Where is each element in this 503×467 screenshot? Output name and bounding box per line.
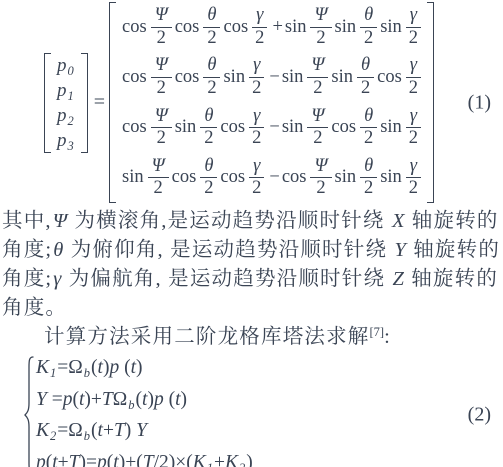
- paragraph-line: 角度。: [2, 294, 501, 323]
- fraction: γ2: [252, 6, 267, 48]
- fraction: θ2: [200, 157, 217, 199]
- fraction: γ2: [406, 107, 421, 149]
- fraction: γ2: [406, 157, 421, 199]
- trig-fraction-term: cosΨ2: [282, 157, 332, 199]
- matrix-row: cosΨ2sinθ2cosγ2−sinΨ2cosθ2sinγ2: [122, 107, 424, 149]
- operator: +: [272, 17, 282, 38]
- rotation-matrix: cosΨ2cosθ2cosγ2+sinΨ2sinθ2sinγ2cosΨ2cosθ…: [109, 2, 434, 203]
- operator: −: [269, 117, 279, 138]
- equation-2-line: Y =p(t)+TΩb(t)p (t): [36, 390, 253, 410]
- paragraph-line: 其中,Ψ 为横滚角,是运动趋势沿顺时针绕 X 轴旋转的: [2, 207, 501, 236]
- fraction: γ2: [406, 56, 421, 98]
- trig-fraction-term: cosΨ2: [122, 6, 172, 48]
- fraction: Ψ2: [310, 157, 331, 199]
- trig-fraction-term: cosθ2: [172, 157, 218, 199]
- fraction: γ2: [249, 56, 264, 98]
- trig-fraction-term: sinΨ2: [282, 107, 329, 149]
- trig-fraction-term: cosΨ2: [122, 107, 172, 149]
- matrix-row: sinΨ2cosθ2cosγ2−cosΨ2sinθ2sinγ2: [122, 157, 424, 199]
- fraction: θ2: [203, 56, 220, 98]
- trig-fraction-term: sinΨ2: [122, 157, 169, 199]
- right-bracket: [427, 2, 434, 203]
- trig-fraction-term: sinθ2: [335, 157, 378, 199]
- trig-fraction-term: cosγ2: [223, 6, 267, 48]
- trig-fraction-term: sinγ2: [380, 6, 421, 48]
- fraction: θ2: [360, 157, 377, 199]
- matrix-row: cosΨ2cosθ2sinγ2−sinΨ2sinθ2cosγ2: [122, 56, 424, 98]
- fraction: Ψ2: [151, 6, 172, 48]
- trig-fraction-term: sinγ2: [223, 56, 264, 98]
- fraction: θ2: [200, 107, 217, 149]
- equation-1: p0p1p2p3 = cosΨ2cosθ2cosγ2+sinΨ2sinθ2sin…: [0, 0, 503, 205]
- left-bracket: [44, 53, 51, 153]
- trig-fraction-term: sinγ2: [380, 107, 421, 149]
- equation-2-line: p(t+T)=p(t)+(T/2)×(K1+K2): [36, 453, 253, 467]
- trig-fraction-term: sinθ2: [331, 56, 374, 98]
- fraction: γ2: [249, 107, 264, 149]
- matrix-row: cosΨ2cosθ2cosγ2+sinΨ2sinθ2sinγ2: [122, 6, 424, 48]
- vector-entry: p1: [57, 81, 75, 100]
- vector-entry: p2: [57, 106, 75, 125]
- fraction: Ψ2: [307, 56, 328, 98]
- fraction: θ2: [357, 56, 374, 98]
- vector-entries: p0p1p2p3: [51, 53, 81, 153]
- equation-1-number: (1): [468, 91, 491, 114]
- vector-entry: p0: [57, 56, 75, 75]
- trig-fraction-term: sinΨ2: [285, 6, 332, 48]
- fraction: γ2: [249, 157, 264, 199]
- fraction: Ψ2: [310, 6, 331, 48]
- fraction: γ2: [406, 6, 421, 48]
- trig-fraction-term: sinΨ2: [282, 56, 329, 98]
- equation-2-line: K2=Ωb(t+T) Y: [36, 421, 253, 441]
- equation-2-lines: K1=Ωb(t)p (t)Y =p(t)+TΩb(t)p (t)K2=Ωb(t+…: [36, 358, 253, 467]
- operator: −: [269, 167, 279, 188]
- paragraph-line: 计算方法采用二阶龙格库塔法求解[7]:: [2, 323, 501, 352]
- equation-2: K1=Ωb(t)p (t)Y =p(t)+TΩb(t)p (t)K2=Ωb(t+…: [0, 356, 503, 467]
- fraction: θ2: [360, 6, 377, 48]
- equals-sign: =: [94, 91, 105, 114]
- fraction: Ψ2: [151, 107, 172, 149]
- fraction: Ψ2: [307, 107, 328, 149]
- fraction: Ψ2: [148, 157, 169, 199]
- quaternion-vector: p0p1p2p3: [44, 53, 88, 153]
- vector-entry: p3: [57, 131, 75, 150]
- equation-2-line: K1=Ωb(t)p (t): [36, 358, 253, 378]
- trig-fraction-term: cosθ2: [175, 56, 221, 98]
- fraction: θ2: [360, 107, 377, 149]
- body-paragraph: 其中,Ψ 为横滚角,是运动趋势沿顺时针绕 X 轴旋转的角度;θ 为俯仰角, 是运…: [0, 205, 503, 352]
- trig-fraction-term: sinθ2: [175, 107, 218, 149]
- trig-fraction-term: cosγ2: [377, 56, 421, 98]
- trig-fraction-term: cosθ2: [175, 6, 221, 48]
- trig-fraction-term: cosθ2: [331, 107, 377, 149]
- trig-fraction-term: cosγ2: [220, 107, 264, 149]
- trig-fraction-term: sinγ2: [380, 157, 421, 199]
- left-brace: [24, 356, 34, 467]
- right-bracket: [81, 53, 88, 153]
- equation-2-number: (2): [468, 404, 491, 427]
- trig-fraction-term: sinθ2: [335, 6, 378, 48]
- left-bracket: [109, 2, 116, 203]
- fraction: Ψ2: [151, 56, 172, 98]
- paper-page: p0p1p2p3 = cosΨ2cosθ2cosγ2+sinΨ2sinθ2sin…: [0, 0, 503, 467]
- matrix-rows: cosΨ2cosθ2cosγ2+sinΨ2sinθ2sinγ2cosΨ2cosθ…: [116, 2, 427, 203]
- trig-fraction-term: cosγ2: [220, 157, 264, 199]
- trig-fraction-term: cosΨ2: [122, 56, 172, 98]
- operator: −: [269, 67, 279, 88]
- paragraph-line: 角度;θ 为俯仰角, 是运动趋势沿顺时针绕 Y 轴旋转的: [2, 236, 501, 265]
- fraction: θ2: [203, 6, 220, 48]
- paragraph-line: 角度;γ 为偏航角, 是运动趋势沿顺时针绕 Z 轴旋转的: [2, 265, 501, 294]
